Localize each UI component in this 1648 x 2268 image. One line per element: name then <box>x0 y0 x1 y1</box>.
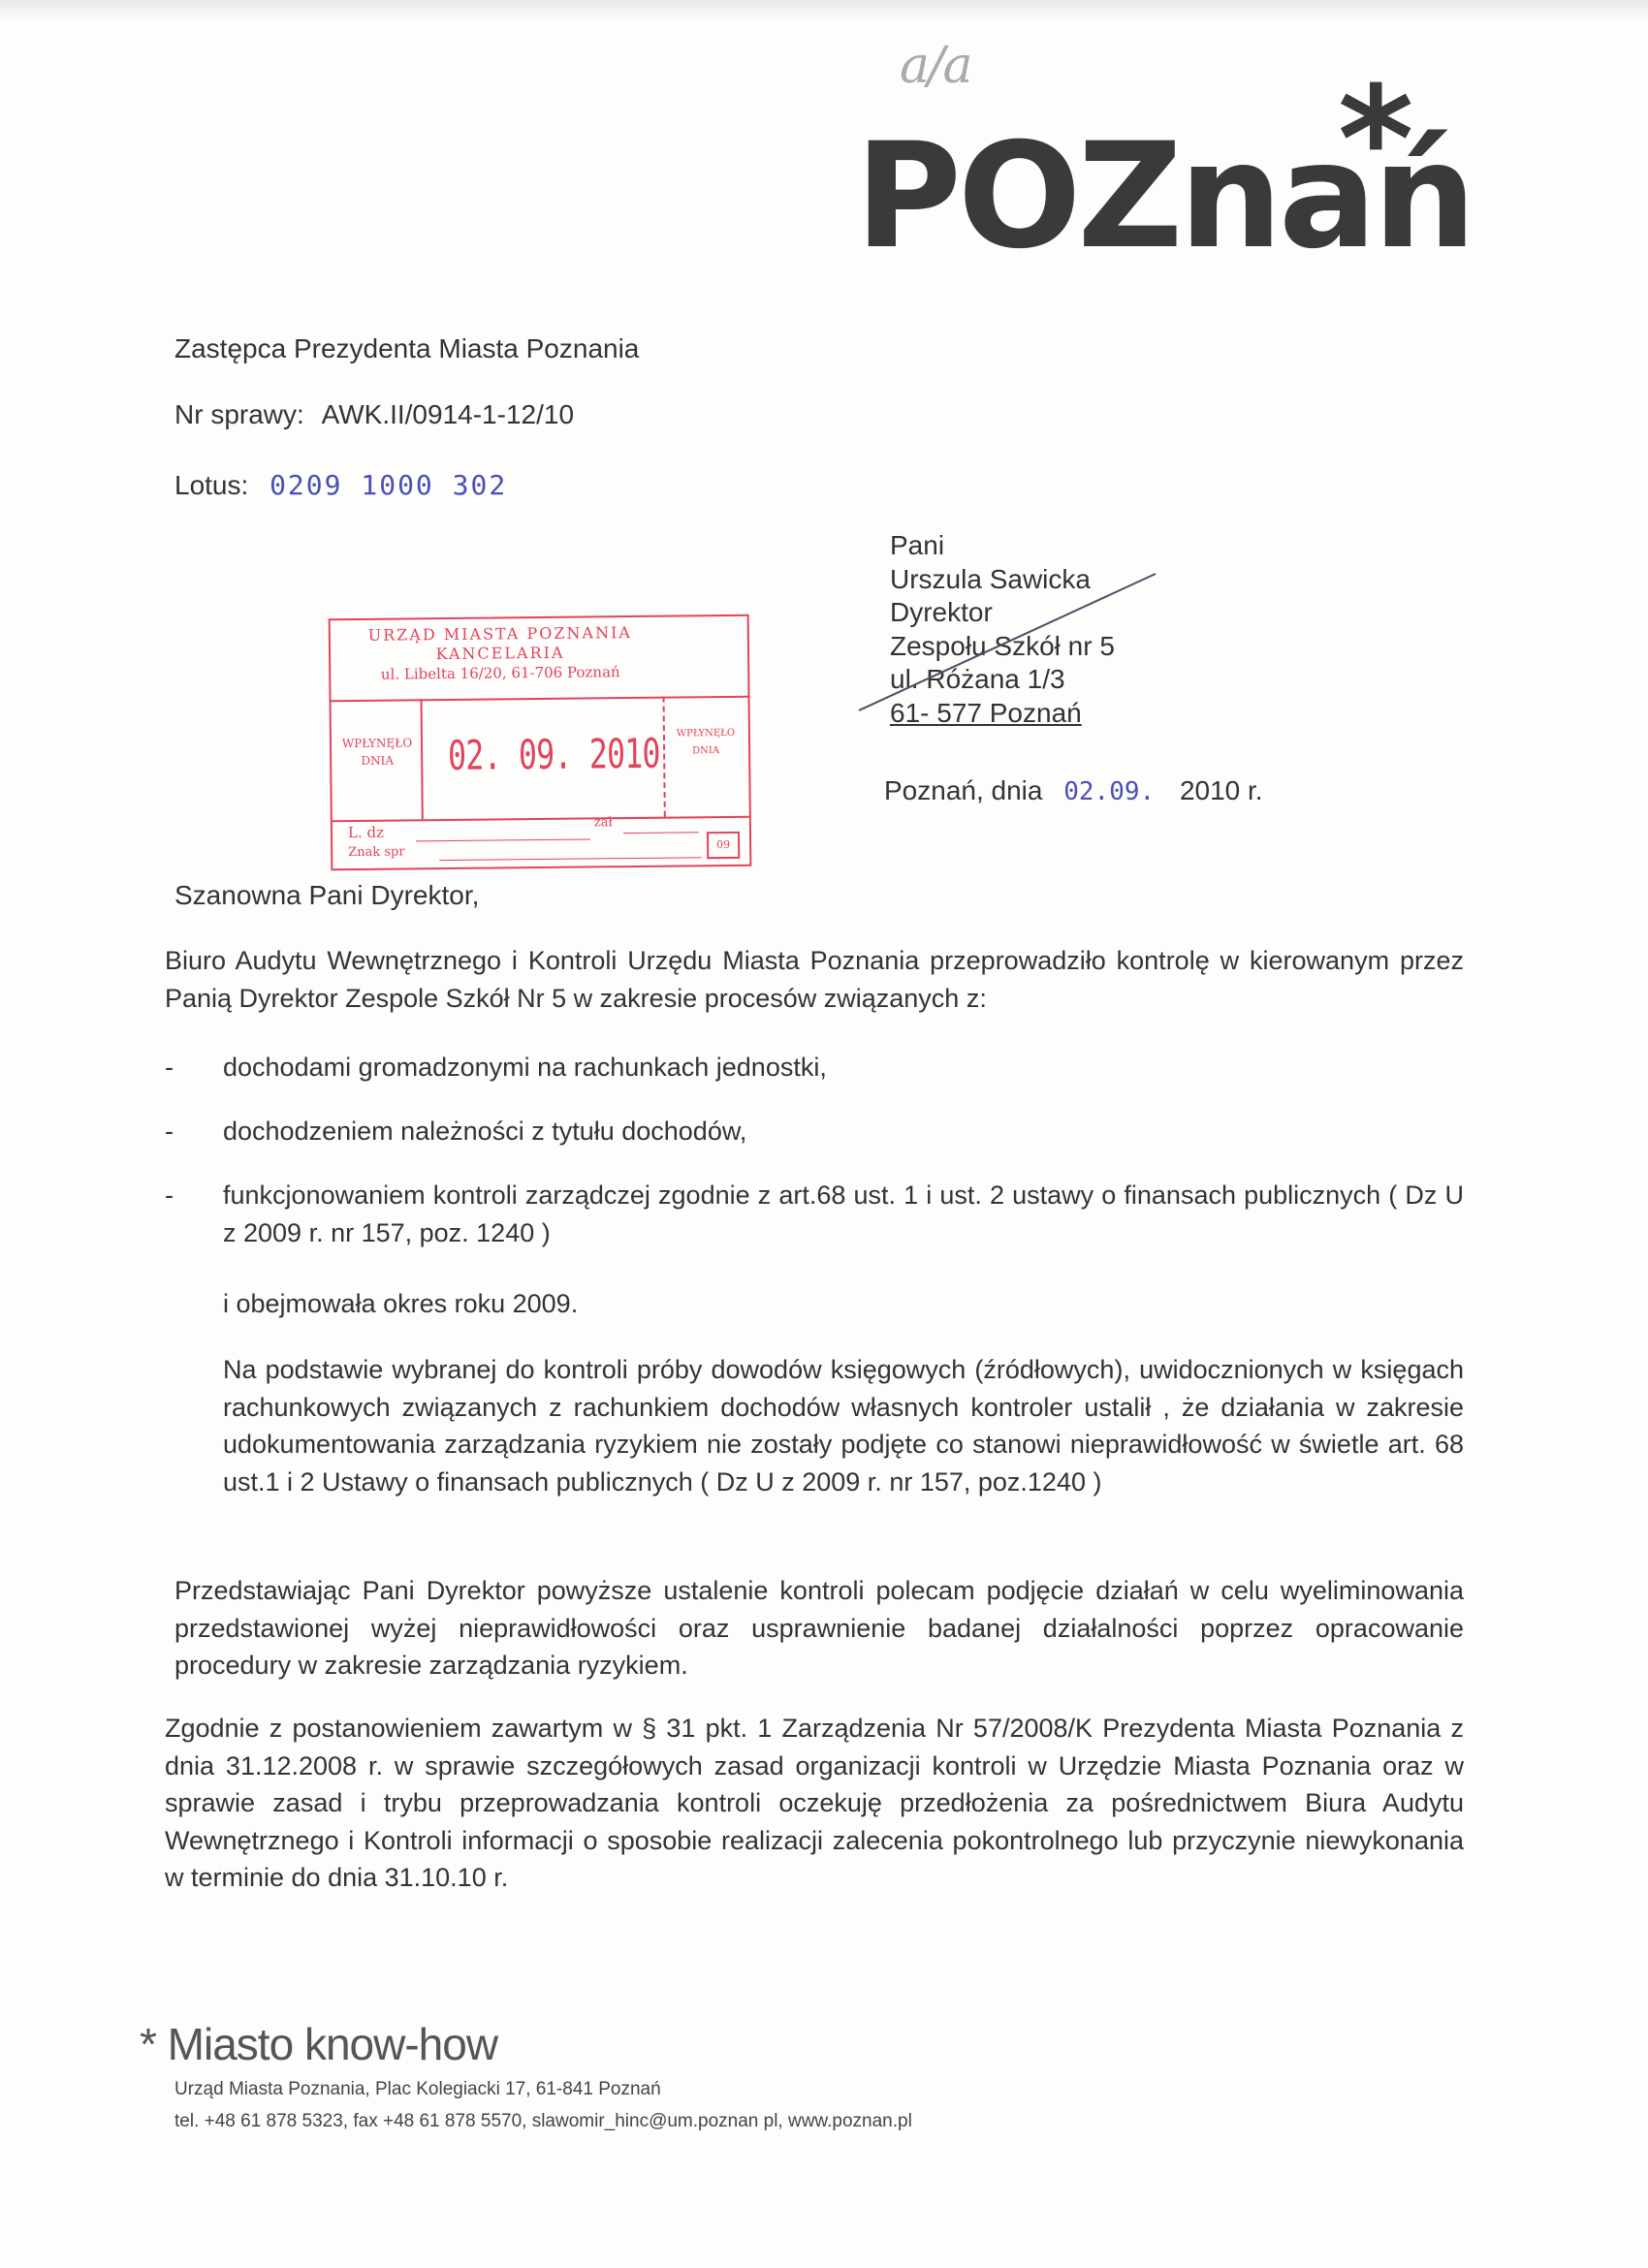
date-suffix: 2010 r. <box>1180 775 1263 805</box>
asterisk-logo-icon: * <box>1338 68 1413 213</box>
list-item-text: dochodzeniem należności z tytułu dochodó… <box>223 1113 1464 1150</box>
footer-address: Urząd Miasta Poznania, Plac Kolegiacki 1… <box>174 2079 661 2100</box>
stamp-received-label: WPŁYNĘŁO DNIA <box>667 725 745 761</box>
stamp-title-line: URZĄD MIASTA POZNANIA <box>331 623 670 646</box>
lotus-label: Lotus: <box>174 470 248 500</box>
list-item: - dochodami gromadzonymi na rachunkach j… <box>165 1049 1464 1087</box>
list-item-text: funkcjonowaniem kontroli zarządczej zgod… <box>223 1177 1464 1251</box>
letter-date: Poznań, dnia 02.09. 2010 r. <box>884 775 1263 806</box>
stamp-divider <box>421 699 424 819</box>
stamp-znak-line <box>439 857 701 861</box>
date-prefix: Poznań, dnia <box>884 775 1042 805</box>
stamp-zal-line <box>623 832 699 834</box>
case-label: Nr sprawy: <box>174 399 304 429</box>
bullet-dash: - <box>165 1177 174 1214</box>
intro-paragraph: Biuro Audytu Wewnętrznego i Kontroli Urz… <box>165 942 1464 1017</box>
stamp-znak-label: Znak spr <box>348 844 405 860</box>
stamp-title-line: ul. Libelta 16/20, 61-706 Poznań <box>331 662 670 685</box>
scan-edge <box>0 0 1648 21</box>
stamp-divider <box>332 696 748 703</box>
registry-stamp: URZĄD MIASTA POZNANIA KANCELARIA ul. Lib… <box>329 614 752 871</box>
handwritten-mark: a/a <box>900 37 971 95</box>
lotus-line: Lotus: 0209 1000 302 <box>174 469 507 501</box>
stamp-divider <box>333 816 749 823</box>
stamp-ldz-line <box>416 838 590 841</box>
case-number: AWK.II/0914-1-12/10 <box>322 399 574 429</box>
stamp-divider <box>663 697 666 817</box>
pen-strike-line <box>853 570 1163 715</box>
list-item-text: dochodami gromadzonymi na rachunkach jed… <box>223 1049 1464 1087</box>
bullet-dash: - <box>165 1049 174 1087</box>
lotus-handwritten-value: 0209 1000 302 <box>269 469 507 501</box>
stamp-box-number: 09 <box>707 832 740 859</box>
date-handwritten: 02.09. <box>1063 777 1155 806</box>
salutation: Szanowna Pani Dyrektor, <box>174 880 479 911</box>
stamp-received-label: WPŁYNĘŁO DNIA <box>335 734 419 770</box>
bullet-dash: - <box>165 1113 174 1150</box>
list-item: - funkcjonowaniem kontroli zarządczej zg… <box>165 1177 1464 1254</box>
period-paragraph: i obejmowała okres roku 2009. <box>223 1285 1464 1323</box>
stamp-date: 02. 09. 2010 <box>448 730 660 779</box>
sender-office: Zastępca Prezydenta Miasta Poznania <box>174 333 639 364</box>
footer-contact: tel. +48 61 878 5323, fax +48 61 878 557… <box>174 2111 912 2132</box>
stamp-header: URZĄD MIASTA POZNANIA KANCELARIA ul. Lib… <box>331 623 671 685</box>
case-number-line: Nr sprawy: AWK.II/0914-1-12/10 <box>174 399 574 430</box>
stamp-zal-label: zał <box>594 815 613 830</box>
recipient-line: Pani <box>890 529 1115 563</box>
footer-brand: * Miasto know-how <box>140 2018 497 2070</box>
recommendation-paragraph: Przedstawiając Pani Dyrektor powyższe us… <box>174 1572 1464 1685</box>
finding-paragraph: Na podstawie wybranej do kontroli próby … <box>223 1351 1464 1500</box>
list-item: - dochodzeniem należności z tytułu docho… <box>165 1113 1464 1151</box>
deadline-paragraph: Zgodnie z postanowieniem zawartym w § 31… <box>165 1710 1464 1897</box>
stamp-ldz-label: L. dz <box>348 824 384 841</box>
